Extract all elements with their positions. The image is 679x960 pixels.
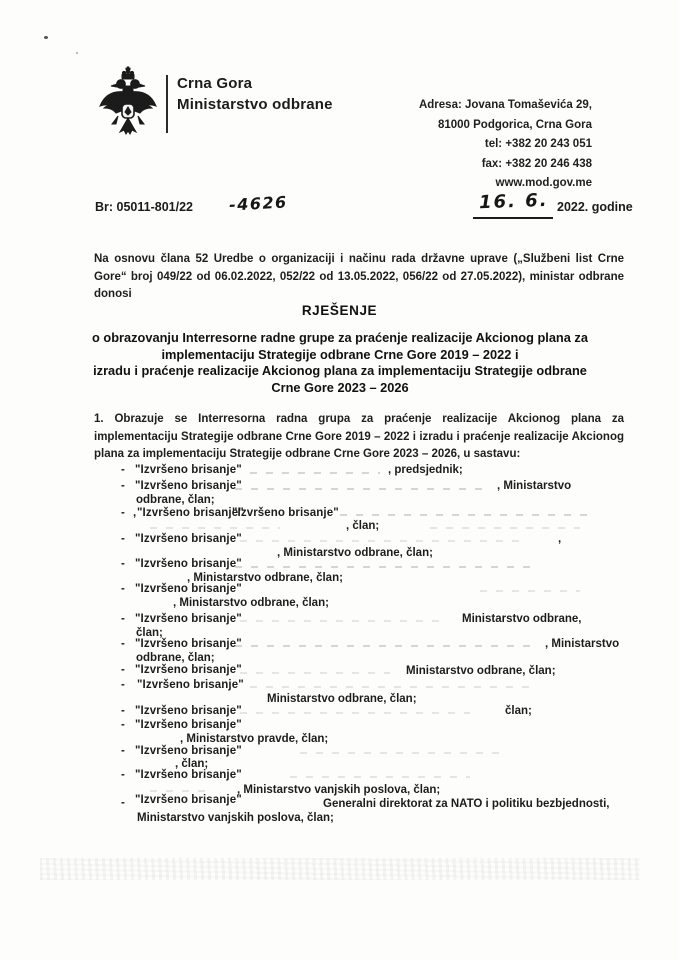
member-role: Ministarstvo odbrane, član;: [267, 693, 417, 705]
list-dash: -: [121, 664, 125, 676]
country-name: Crna Gora: [177, 75, 252, 92]
redaction-label: "Izvršeno brisanje": [137, 507, 244, 519]
member-role: , Ministarstvo vanjskih poslova, član;: [237, 784, 440, 796]
address-line: 81000 Podgorica, Crna Gora: [300, 116, 592, 136]
redaction-label: "Izvršeno brisanje": [135, 480, 242, 492]
redaction-smudge: [250, 472, 380, 474]
redaction-smudge: [150, 790, 210, 792]
list-dash: -: [121, 464, 125, 476]
member-role: ,: [558, 533, 561, 545]
date-handwritten: 16. 6.: [479, 190, 549, 213]
member-lead: ,: [133, 507, 136, 519]
member-role: Ministarstvo odbrane,: [462, 613, 582, 625]
list-dash: -: [121, 480, 125, 492]
redaction-label: "Izvršeno brisanje": [135, 464, 242, 476]
redaction-label: "Izvršeno brisanje": [135, 558, 242, 570]
member-role: , Ministarstvo: [497, 480, 571, 492]
redaction-smudge: [480, 590, 580, 592]
redaction-label: "Izvršeno brisanje": [135, 745, 242, 757]
redaction-smudge: [290, 776, 470, 778]
member-role: , Ministarstvo odbrane, član;: [173, 597, 329, 609]
list-dash: -: [121, 533, 125, 545]
scan-speck: [76, 52, 78, 54]
redaction-smudge: [340, 514, 590, 516]
member-role: , član;: [346, 520, 379, 532]
member-role: član;: [505, 705, 532, 717]
subtitle-line: implementaciju Strategije odbrane Crne G…: [60, 347, 620, 364]
subtitle-line: Crne Gore 2023 – 2026: [60, 380, 620, 397]
address-block: Adresa: Jovana Tomaševića 29, 81000 Podg…: [300, 96, 592, 194]
subtitle-line: o obrazovanju Interresorne radne grupe z…: [60, 330, 620, 347]
preamble-paragraph: Na osnovu člana 52 Uredbe o organizaciji…: [94, 251, 624, 304]
document-number-handwritten: -4626: [229, 192, 289, 214]
redaction-smudge: [240, 712, 470, 714]
redaction-label: "Izvršeno brisanje": [137, 679, 244, 691]
list-dash: -: [121, 558, 125, 570]
document-subtitle: o obrazovanju Interresorne radne grupe z…: [60, 330, 620, 396]
redaction-label: "Izvršeno brisanje": [135, 533, 242, 545]
montenegro-double-eagle-icon: [98, 66, 158, 148]
member-role: , Ministarstvo: [545, 638, 619, 650]
list-dash: -: [121, 719, 125, 731]
subtitle-line: izradu i praćenje realizacije Akcionog p…: [60, 363, 620, 380]
redaction-smudge: [150, 527, 280, 529]
list-dash: -: [121, 613, 125, 625]
redaction-smudge: [240, 672, 390, 674]
redaction-smudge: [250, 686, 530, 688]
article-1-paragraph: 1. Obrazuje se Interresorna radna grupa …: [94, 411, 624, 464]
scan-noise-band: [40, 858, 640, 880]
list-dash: -: [121, 797, 125, 809]
header-divider: [166, 75, 168, 133]
list-dash: -: [121, 583, 125, 595]
member-role: Generalni direktorat za NATO i politiku …: [323, 798, 609, 810]
redaction-label: "Izvršeno brisanje": [135, 705, 242, 717]
redaction-smudge: [235, 645, 535, 647]
member-role: Ministarstvo odbrane, član;: [406, 665, 556, 677]
redaction-smudge: [235, 488, 490, 490]
redaction-label: "Izvršeno brisanje": [135, 664, 242, 676]
document-number: Br: 05011-801/22: [95, 200, 193, 214]
redaction-smudge: [240, 620, 440, 622]
list-dash: -: [121, 705, 125, 717]
member-role: , Ministarstvo odbrane, član;: [277, 547, 433, 559]
redaction-label: "Izvršeno brisanje": [135, 719, 242, 731]
date-underline: [473, 217, 553, 219]
list-dash: -: [121, 745, 125, 757]
address-line: Adresa: Jovana Tomaševića 29,: [300, 96, 592, 116]
redaction-smudge: [430, 527, 580, 529]
member-role: odbrane, član;: [136, 652, 215, 664]
scanned-document-page: Crna Gora Ministarstvo odbrane Adresa: J…: [0, 0, 679, 960]
list-dash: -: [121, 507, 125, 519]
redaction-smudge: [240, 540, 520, 542]
list-dash: -: [121, 679, 125, 691]
member-role: Ministarstvo vanjskih poslova, član;: [137, 812, 334, 824]
scan-speck: [44, 36, 48, 39]
list-dash: -: [121, 638, 125, 650]
address-phone: tel: +382 20 243 051: [300, 135, 592, 155]
redaction-smudge: [300, 752, 500, 754]
list-dash: -: [121, 769, 125, 781]
redaction-smudge: [235, 566, 535, 568]
date-year: 2022. godine: [557, 200, 633, 214]
redaction-label: "Izvršeno brisanje": [135, 613, 242, 625]
address-fax: fax: +382 20 246 438: [300, 155, 592, 175]
redaction-label: "Izvršeno brisanje": [135, 794, 242, 806]
redaction-label: "Izvršeno brisanje": [135, 583, 242, 595]
redaction-label: "Izvršeno brisanje": [135, 638, 242, 650]
document-title: RJEŠENJE: [0, 303, 679, 318]
member-role: odbrane, član;: [136, 494, 215, 506]
member-role: , predsjednik;: [388, 464, 463, 476]
member-role: , Ministarstvo pravde, član;: [180, 733, 328, 745]
redaction-label: "Izvršeno brisanje": [135, 769, 242, 781]
redaction-label: "Izvršeno brisanje": [232, 507, 339, 519]
